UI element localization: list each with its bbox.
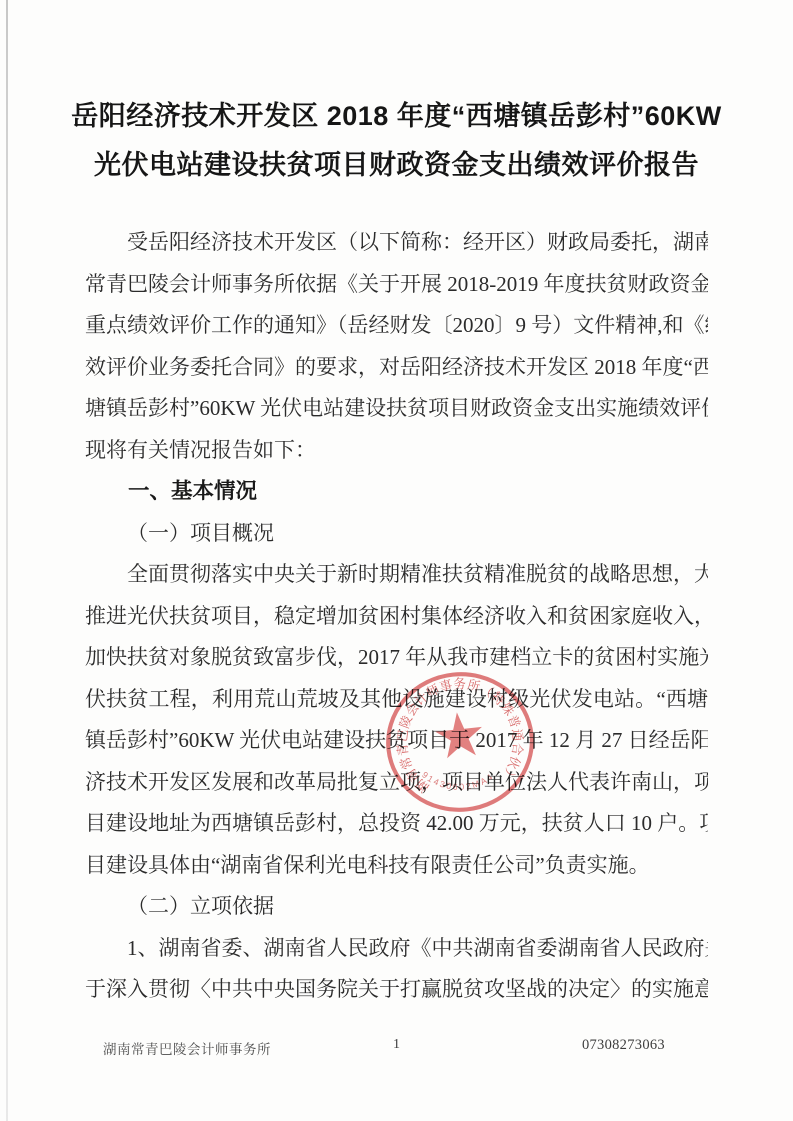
document-title: 岳阳经济技术开发区 2018 年度“西塘镇岳彭村”60KW 光伏电站建设扶贫项目… xyxy=(60,92,733,190)
subsection-heading: （一）项目概况 xyxy=(85,513,708,555)
text-line: 1、湖南省委、湖南省人民政府《中共湖南省委湖南省人民政府关 xyxy=(85,928,708,970)
text-line: 效评价业务委托合同》的要求，对岳阳经济技术开发区 2018 年度“西 xyxy=(85,347,708,389)
subsection-heading: （二）立项依据 xyxy=(85,886,708,928)
text-line: 全面贯彻落实中央关于新时期精准扶贫精准脱贫的战略思想，大力 xyxy=(85,554,708,596)
text-line: 济技术开发区发展和改革局批复立项，项目单位法人代表许南山，项 xyxy=(85,762,708,804)
text-line: 目建设地址为西塘镇岳彭村，总投资 42.00 万元，扶贫人口 10 户。项 xyxy=(85,803,708,845)
text-line: 加快扶贫对象脱贫致富步伐，2017 年从我市建档立卡的贫困村实施光 xyxy=(85,637,708,679)
text-line: 推进光伏扶贫项目，稳定增加贫困村集体经济收入和贫困家庭收入， xyxy=(85,596,708,638)
text-line: 受岳阳经济技术开发区（以下简称：经开区）财政局委托，湖南 xyxy=(85,222,708,264)
text-line: 现将有关情况报告如下： xyxy=(85,430,708,472)
report-page: 岳阳经济技术开发区 2018 年度“西塘镇岳彭村”60KW 光伏电站建设扶贫项目… xyxy=(0,0,793,1121)
text-line: 塘镇岳彭村”60KW 光伏电站建设扶贫项目财政资金支出实施绩效评价。 xyxy=(85,388,708,430)
scan-edge-artifact xyxy=(6,0,8,1121)
document-body: 受岳阳经济技术开发区（以下简称：经开区）财政局委托，湖南 常青巴陵会计师事务所依… xyxy=(85,222,708,1011)
footer-page-number: 1 xyxy=(393,1037,400,1053)
title-line-2: 光伏电站建设扶贫项目财政资金支出绩效评价报告 xyxy=(60,141,733,190)
text-line: 常青巴陵会计师事务所依据《关于开展 2018-2019 年度扶贫财政资金 xyxy=(85,264,708,306)
text-line: 重点绩效评价工作的通知》（岳经财发〔2020〕9 号）文件精神,和《绩 xyxy=(85,305,708,347)
page-footer: 湖南常青巴陵会计师事务所 1 07308273063 xyxy=(85,1036,708,1060)
section-heading: 一、基本情况 xyxy=(85,471,708,513)
title-line-1: 岳阳经济技术开发区 2018 年度“西塘镇岳彭村”60KW xyxy=(60,92,733,141)
text-line: 目建设具体由“湖南省保利光电科技有限责任公司”负责实施。 xyxy=(85,845,708,887)
footer-firm-name: 湖南常青巴陵会计师事务所 xyxy=(103,1038,271,1058)
text-line: 于深入贯彻〈中共中央国务院关于打赢脱贫攻坚战的决定〉的实施意见》 xyxy=(85,969,708,1011)
text-line: 伏扶贫工程，利用荒山荒坡及其他设施建设村级光伏发电站。“西塘 xyxy=(85,679,708,721)
footer-right-number: 07308273063 xyxy=(582,1037,665,1054)
text-line: 镇岳彭村”60KW 光伏电站建设扶贫项目于 2017 年 12 月 27 日经岳… xyxy=(85,720,708,762)
